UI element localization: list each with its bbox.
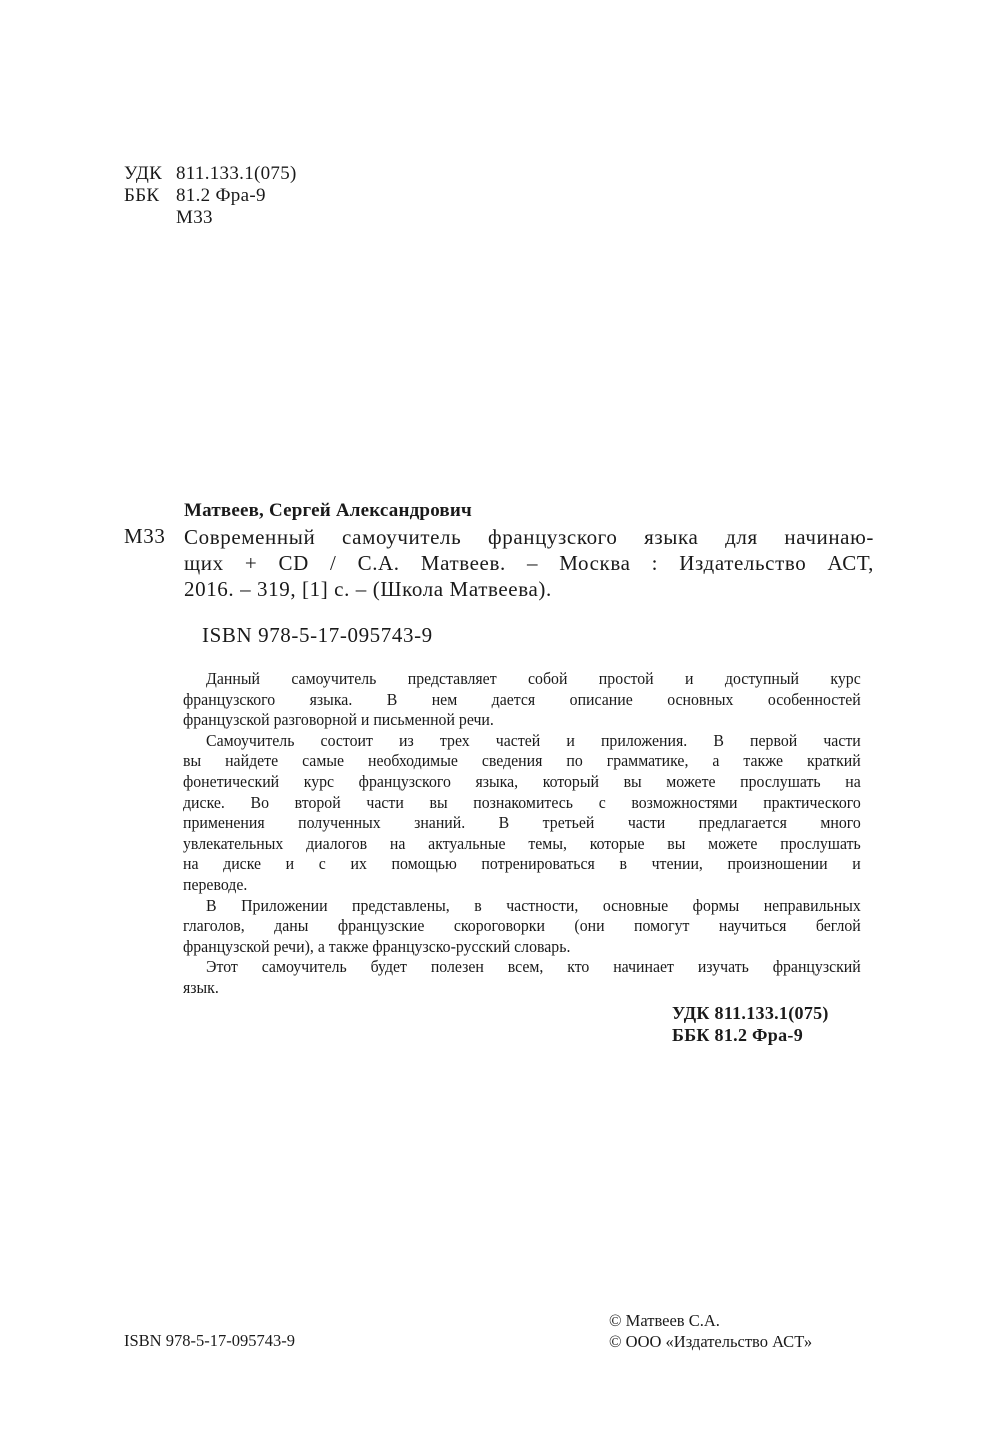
annotation-line: фонетический курс французского языка, ко… xyxy=(183,772,861,793)
bbk-code: ББК 81.2 Фра-9 xyxy=(672,1024,829,1046)
annotation-line: применения полученных знаний. В третьей … xyxy=(183,813,861,834)
author-mark: М33 xyxy=(124,207,297,229)
annotation-line: вы найдете самые необходимые сведения по… xyxy=(183,751,861,772)
annotation-line: Самоучитель состоит из трех частей и при… xyxy=(183,731,861,752)
bbk-value: 81.2 Фра-9 xyxy=(176,185,266,206)
copyright-block: © Матвеев С.А. © ООО «Издательство АСТ» xyxy=(609,1310,812,1352)
annotation-line: французского языка. В нем дается описани… xyxy=(183,690,861,711)
record-isbn: ISBN 978-5-17-095743-9 xyxy=(202,623,433,648)
bib-line: 2016. – 319, [1] с. – (Школа Матвеева). xyxy=(184,576,874,602)
annotation-line: переводе. xyxy=(183,875,861,896)
annotation-line: диске. Во второй части вы познакомитесь … xyxy=(183,793,861,814)
annotation-line: Этот самоучитель будет полезен всем, кто… xyxy=(183,957,861,978)
classification-footer: УДК 811.133.1(075) ББК 81.2 Фра-9 xyxy=(672,1002,829,1046)
annotation-line: глаголов, даны французские скороговорки … xyxy=(183,916,861,937)
copyright-publisher: © ООО «Издательство АСТ» xyxy=(609,1331,812,1352)
udk-code: УДК 811.133.1(075) xyxy=(672,1002,829,1024)
bib-line: щих + CD / С.А. Матвеев. – Москва : Изда… xyxy=(184,550,874,576)
annotation-line: язык. xyxy=(183,978,861,999)
bbk-label: ББК xyxy=(124,185,176,207)
annotation-line: увлекательных диалогов на актуальные тем… xyxy=(183,834,861,855)
annotation-line: французской речи), а также французско-ру… xyxy=(183,937,861,958)
author-heading: Матвеев, Сергей Александрович xyxy=(184,500,472,522)
annotation-line: Данный самоучитель представляет собой пр… xyxy=(183,669,861,690)
udk-row: УДК811.133.1(075) xyxy=(124,163,297,185)
bbk-row: ББК81.2 Фра-9 xyxy=(124,185,297,207)
annotation-line: французской разговорной и письменной реч… xyxy=(183,710,861,731)
udk-label: УДК xyxy=(124,163,176,185)
udk-value: 811.133.1(075) xyxy=(176,163,297,184)
annotation: Данный самоучитель представляет собой пр… xyxy=(183,669,861,999)
bibliographic-description: Современный самоучитель французского язы… xyxy=(184,524,874,602)
footer-isbn: ISBN 978-5-17-095743-9 xyxy=(124,1331,295,1351)
copyright-author: © Матвеев С.А. xyxy=(609,1310,812,1331)
bib-line: Современный самоучитель французского язы… xyxy=(184,524,874,550)
record-author-mark: М33 xyxy=(124,524,165,549)
classification-header: УДК811.133.1(075) ББК81.2 Фра-9 М33 xyxy=(124,163,297,229)
annotation-line: В Приложении представлены, в частности, … xyxy=(183,896,861,917)
annotation-line: на диске и с их помощью потренироваться … xyxy=(183,854,861,875)
